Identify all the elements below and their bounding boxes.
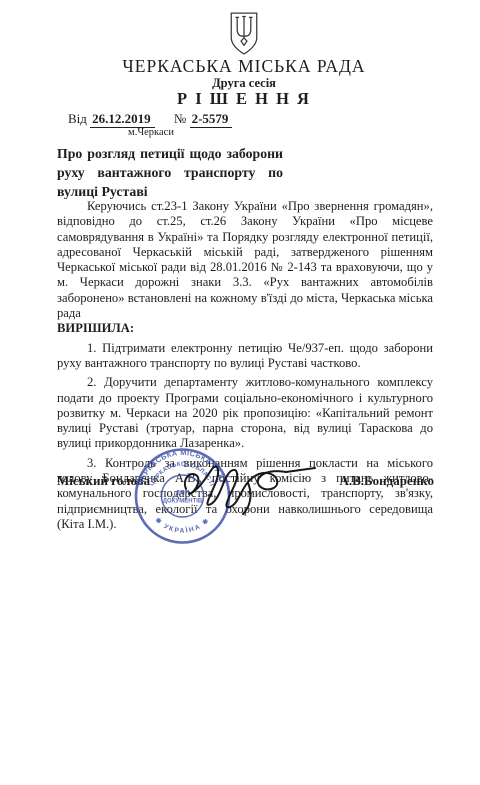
city-label: м.Черкаси xyxy=(96,127,206,138)
resolved-label: ВИРІШИЛА: xyxy=(57,321,433,336)
resolution-item-2: 2. Доручити департаменту житлово-комунал… xyxy=(57,375,433,451)
document-page: ЧЕРКАСЬКА МІСЬКА РАДА Друга сесія Р І Ш … xyxy=(0,0,480,785)
svg-text:✱ УКРАЇНА ✱: ✱ УКРАЇНА ✱ xyxy=(154,516,212,535)
number-prefix-label: № xyxy=(174,111,186,126)
document-number: 2-5579 xyxy=(190,111,233,128)
document-type-title: Р І Ш Е Н Н Я xyxy=(4,89,480,109)
subject-paragraph: Про розгляд петиції щодо заборони руху в… xyxy=(57,144,283,201)
document-meta: Від 26.12.2019 № 2-5579 xyxy=(68,111,232,127)
handwritten-signature xyxy=(178,445,320,517)
stamp-ring-bottom-text: ✱ УКРАЇНА ✱ xyxy=(154,516,212,535)
resolution-item-1: 1. Підтримати електронну петицію Че/937-… xyxy=(57,341,433,372)
date-prefix-label: Від xyxy=(68,111,87,126)
preamble-paragraph: Керуючись ст.23-1 Закону України «Про зв… xyxy=(57,199,433,321)
ukraine-coat-of-arms-icon xyxy=(227,11,261,56)
document-date: 26.12.2019 xyxy=(90,111,155,128)
signer-name: А.В.Бондаренко xyxy=(339,473,434,489)
issuer-name: ЧЕРКАСЬКА МІСЬКА РАДА xyxy=(4,56,480,77)
